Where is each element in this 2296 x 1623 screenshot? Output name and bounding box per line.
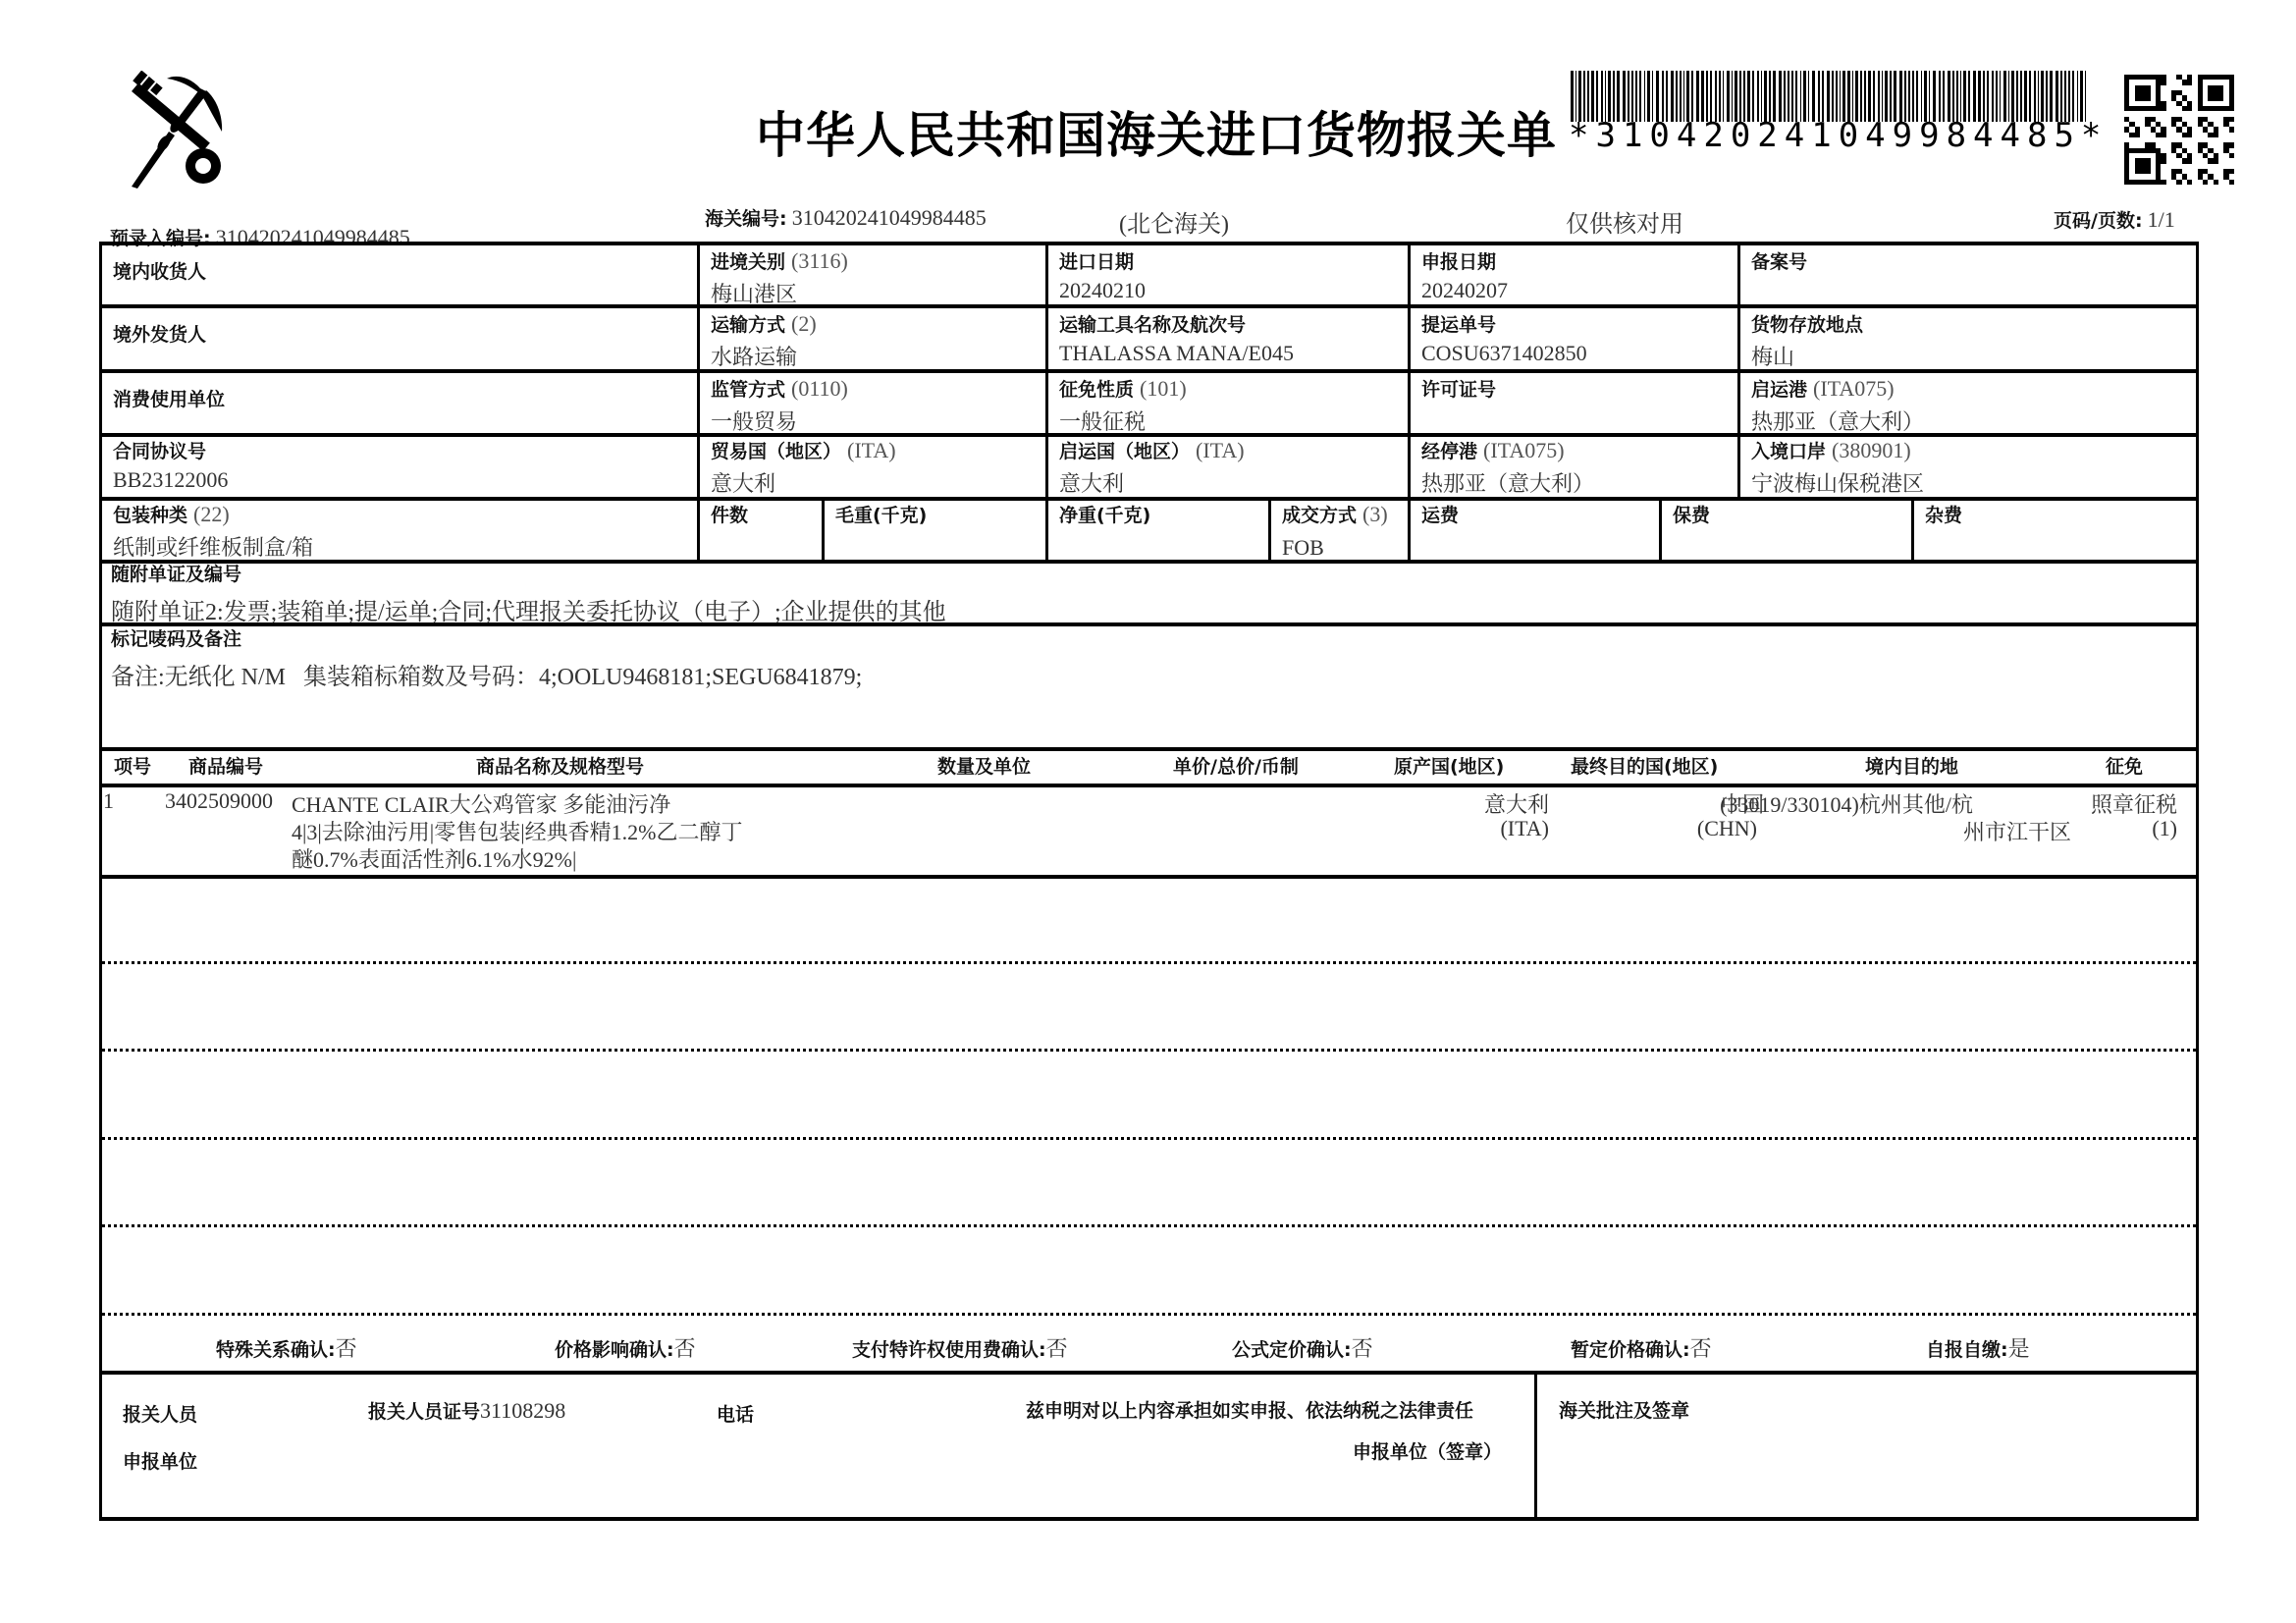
field-label: 合同协议号	[113, 441, 206, 462]
confirmation-value: 否	[674, 1336, 696, 1361]
field-overseas-shipper: 境外发货人	[113, 320, 206, 347]
field-label: 申报日期	[1421, 251, 1496, 273]
field-label: 毛重(千克)	[835, 505, 927, 526]
field-label: 净重(千克)	[1059, 505, 1150, 526]
field-value: 梅山	[1751, 341, 1863, 371]
pre-entry-number: 预录入编号: 310420241049984485	[110, 224, 410, 250]
table-cell: 照章征税	[2091, 788, 2177, 819]
field-value: FOB	[1282, 535, 1388, 561]
field-label: 成交方式	[1282, 505, 1357, 526]
table-rule	[1045, 242, 1048, 497]
table-rule	[99, 1371, 2199, 1375]
field-package-type: 包装种类(22)纸制或纤维板制盒/箱	[113, 501, 313, 562]
column-header: 数量及单位	[937, 752, 1031, 779]
confirmation-label: 公式定价确认:	[1232, 1339, 1352, 1361]
field-value: 水路运输	[711, 341, 817, 371]
field-consumer-unit: 消费使用单位	[113, 385, 225, 411]
field-code: (ITA075)	[1483, 438, 1565, 462]
dotted-divider	[102, 1224, 2196, 1227]
declaring-unit-label: 申报单位	[123, 1447, 197, 1474]
field-label: 件数	[711, 505, 748, 526]
confirmation-label: 暂定价格确认:	[1571, 1339, 1690, 1361]
field-declare-date: 申报日期20240207	[1421, 247, 1508, 303]
field-label: 征免性质	[1059, 379, 1134, 401]
table-cell: 醚0.7%表面活性剂6.1%水92%|	[292, 843, 576, 874]
field-departure-port: 启运港(ITA075)热那亚（意大利）	[1751, 375, 1924, 436]
customs-emblem-icon	[110, 71, 233, 193]
customs-no-label: 海关编号:	[705, 208, 787, 230]
field-label: 启运国（地区）	[1059, 441, 1190, 462]
confirmation-item: 支付特许权使用费确认:否	[852, 1332, 1068, 1363]
field-label: 境外发货人	[113, 324, 206, 346]
declarant-cert-label: 报关人员证号	[368, 1401, 480, 1423]
field-gross-weight: 毛重(千克)	[835, 501, 927, 527]
field-code: (2)	[791, 311, 817, 336]
field-pieces: 件数	[711, 501, 748, 527]
table-cell: 4|3|去除油污用|零售包装|经典香精1.2%乙二醇丁	[292, 816, 742, 846]
field-label: 进口日期	[1059, 251, 1134, 273]
field-value: BB23122006	[113, 467, 228, 493]
field-domestic-consignee: 境内收货人	[113, 257, 206, 284]
column-header: 境内目的地	[1865, 752, 1958, 779]
customs-number: 海关编号: 310420241049984485	[705, 204, 987, 231]
watermark-note: 仅供核对用	[1566, 204, 1683, 239]
table-rule	[99, 875, 2199, 879]
table-rule	[99, 1517, 2199, 1521]
field-value: COSU6371402850	[1421, 341, 1587, 366]
table-rule	[1408, 242, 1411, 560]
confirmation-label: 特殊关系确认:	[216, 1339, 336, 1361]
table-rule	[697, 242, 700, 560]
field-value: 意大利	[1059, 467, 1245, 498]
field-entry-port: 入境口岸(380901)宁波梅山保税港区	[1751, 437, 1924, 498]
declaration-statement: 兹申明对以上内容承担如实申报、依法纳税之法律责任	[1026, 1396, 1473, 1423]
confirmation-value: 否	[336, 1336, 357, 1361]
field-net-weight: 净重(千克)	[1059, 501, 1150, 527]
field-transport-mode: 运输方式(2)水路运输	[711, 310, 817, 371]
field-label: 运费	[1421, 505, 1459, 526]
table-rule	[99, 242, 2199, 245]
field-label: 随附单证及编号	[111, 560, 946, 586]
field-vessel-voyage: 运输工具名称及航次号THALASSA MANA/E045	[1059, 310, 1294, 366]
table-rule	[99, 304, 2199, 308]
confirmation-label: 价格影响确认:	[555, 1339, 674, 1361]
table-rule	[99, 784, 2199, 787]
field-value: 20240210	[1059, 278, 1146, 303]
confirmation-item: 暂定价格确认:否	[1571, 1332, 1712, 1363]
field-value: 一般征税	[1059, 406, 1187, 436]
field-code: (22)	[193, 502, 230, 526]
page-title: 中华人民共和国海关进口货物报关单	[756, 96, 1557, 167]
column-header: 单价/总价/币制	[1173, 752, 1299, 779]
table-rule	[1911, 497, 1914, 560]
table-cell: (1)	[2152, 816, 2177, 841]
confirmation-item: 公式定价确认:否	[1232, 1332, 1373, 1363]
column-header: 最终目的国(地区)	[1571, 752, 1718, 779]
dotted-divider	[102, 1313, 2196, 1316]
table-cell: (CHN)	[1697, 816, 1757, 841]
confirmation-item: 自报自缴:是	[1926, 1332, 2030, 1363]
page-value: 1/1	[2148, 207, 2175, 232]
field-code: (3116)	[791, 248, 848, 273]
field-label: 进境关别	[711, 251, 785, 273]
customs-office: (北仑海关)	[1119, 204, 1229, 239]
field-transaction-mode: 成交方式(3)FOB	[1282, 501, 1388, 561]
field-code: (380901)	[1832, 438, 1911, 462]
field-value: 宁波梅山保税港区	[1751, 467, 1924, 498]
dotted-divider	[102, 961, 2196, 964]
confirmation-item: 特殊关系确认:否	[216, 1332, 357, 1363]
field-label: 提运单号	[1421, 314, 1496, 336]
confirmation-label: 自报自缴:	[1926, 1339, 2008, 1361]
field-freight: 运费	[1421, 501, 1459, 527]
field-value: 意大利	[711, 467, 896, 498]
field-supervision-mode: 监管方式(0110)一般贸易	[711, 375, 848, 436]
page-indicator: 页码/页数: 1/1	[2054, 206, 2175, 233]
field-departure-country: 启运国（地区）(ITA)意大利	[1059, 437, 1245, 498]
seal-label: 申报单位（签章）	[1353, 1437, 1502, 1464]
field-trade-country: 贸易国（地区）(ITA)意大利	[711, 437, 896, 498]
field-label: 运输方式	[711, 314, 785, 336]
field-label: 监管方式	[711, 379, 785, 401]
table-rule	[1534, 1371, 1537, 1517]
column-header: 商品编号	[188, 752, 263, 779]
table-cell: (33019/330104)杭州其他/杭	[1720, 788, 1973, 819]
table-cell: 州市江干区	[1963, 816, 2071, 846]
field-label: 贸易国（地区）	[711, 441, 841, 462]
field-insurance: 保费	[1673, 501, 1710, 527]
field-storage-place: 货物存放地点梅山	[1751, 310, 1863, 371]
table-cell: 3402509000	[165, 788, 273, 814]
field-code: (0110)	[791, 376, 848, 401]
column-header: 项号	[114, 752, 151, 779]
field-label: 保费	[1673, 505, 1710, 526]
table-rule	[1659, 497, 1662, 560]
confirmation-value: 否	[1046, 1336, 1068, 1361]
field-label: 备案号	[1751, 251, 1807, 273]
page-label: 页码/页数:	[2054, 210, 2143, 232]
table-cell: 1	[103, 788, 114, 814]
confirmation-value: 否	[1690, 1336, 1712, 1361]
field-license-no: 许可证号	[1421, 375, 1496, 402]
field-value: 纸制或纤维板制盒/箱	[113, 531, 313, 562]
dotted-divider	[102, 1137, 2196, 1140]
field-tax-nature: 征免性质(101)一般征税	[1059, 375, 1187, 436]
table-cell: 意大利	[1484, 788, 1549, 819]
field-label: 经停港	[1421, 441, 1477, 462]
declarant-cert-value: 31108298	[480, 1398, 565, 1423]
phone-label: 电话	[717, 1400, 754, 1427]
field-import-date: 进口日期20240210	[1059, 247, 1146, 303]
field-misc-fee: 杂费	[1925, 501, 1962, 527]
field-code: (3)	[1362, 502, 1388, 526]
field-label: 运输工具名称及航次号	[1059, 314, 1246, 336]
table-rule	[99, 369, 2199, 373]
barcode-icon	[1571, 71, 2106, 122]
field-contract-no: 合同协议号BB23122006	[113, 437, 228, 493]
confirmation-value: 否	[1352, 1336, 1373, 1361]
column-header: 征免	[2106, 752, 2143, 779]
field-code: (ITA)	[1196, 438, 1245, 462]
declarant-cert: 报关人员证号31108298	[368, 1397, 565, 1424]
field-value: 一般贸易	[711, 406, 848, 436]
table-cell: (ITA)	[1500, 816, 1549, 841]
field-value: 20240207	[1421, 278, 1508, 303]
field-value: THALASSA MANA/E045	[1059, 341, 1294, 366]
customs-approval-label: 海关批注及签章	[1559, 1396, 1689, 1423]
confirmation-value: 是	[2008, 1336, 2030, 1361]
customs-no-value: 310420241049984485	[792, 205, 987, 230]
field-label: 境内收货人	[113, 261, 206, 283]
field-record-no: 备案号	[1751, 247, 1807, 274]
field-value: 热那亚（意大利）	[1421, 467, 1594, 498]
table-rule	[1045, 497, 1048, 560]
field-label: 启运港	[1751, 379, 1807, 401]
field-transit-port: 经停港(ITA075)热那亚（意大利）	[1421, 437, 1594, 498]
field-marks-remarks: 标记唛码及备注备注:无纸化 N/M 集装箱标箱数及号码：4;OOLU946818…	[111, 624, 862, 691]
qr-code-icon	[2124, 75, 2234, 185]
table-rule	[1268, 497, 1271, 560]
field-value: 随附单证2:发票;装箱单;提/运单;合同;代理报关委托协议（电子）;企业提供的其…	[111, 592, 946, 626]
field-label: 杂费	[1925, 505, 1962, 526]
field-label: 货物存放地点	[1751, 314, 1863, 336]
field-label: 包装种类	[113, 505, 187, 526]
field-entry-customs: 进境关别(3116)梅山港区	[711, 247, 848, 308]
table-rule	[99, 747, 2199, 751]
column-header: 商品名称及规格型号	[476, 752, 644, 779]
declarant-label: 报关人员	[123, 1400, 197, 1427]
field-attached-docs: 随附单证及编号随附单证2:发票;装箱单;提/运单;合同;代理报关委托协议（电子）…	[111, 560, 946, 626]
field-label: 标记唛码及备注	[111, 624, 862, 651]
field-bill-of-lading: 提运单号COSU6371402850	[1421, 310, 1587, 366]
field-value: 热那亚（意大利）	[1751, 406, 1924, 436]
table-rule	[99, 242, 102, 1520]
table-cell: CHANTE CLAIR大公鸡管家 多能油污净	[292, 788, 670, 819]
confirmation-label: 支付特许权使用费确认:	[852, 1339, 1046, 1361]
table-rule	[2196, 242, 2199, 1520]
pre-entry-label: 预录入编号:	[110, 228, 211, 249]
field-code: (ITA)	[847, 438, 896, 462]
column-header: 原产国(地区)	[1394, 752, 1504, 779]
barcode-text: *310420241049984485*	[1569, 116, 2108, 155]
table-rule	[822, 497, 825, 560]
field-value: 备注:无纸化 N/M 集装箱标箱数及号码：4;OOLU9468181;SEGU6…	[111, 657, 862, 691]
field-code: (101)	[1140, 376, 1187, 401]
field-label: 消费使用单位	[113, 389, 225, 410]
table-rule	[1737, 242, 1740, 497]
confirmation-item: 价格影响确认:否	[555, 1332, 696, 1363]
dotted-divider	[102, 1049, 2196, 1052]
field-value: 梅山港区	[711, 278, 848, 308]
pre-entry-value: 310420241049984485	[216, 225, 410, 249]
field-label: 入境口岸	[1751, 441, 1826, 462]
field-code: (ITA075)	[1813, 376, 1895, 401]
field-label: 许可证号	[1421, 379, 1496, 401]
